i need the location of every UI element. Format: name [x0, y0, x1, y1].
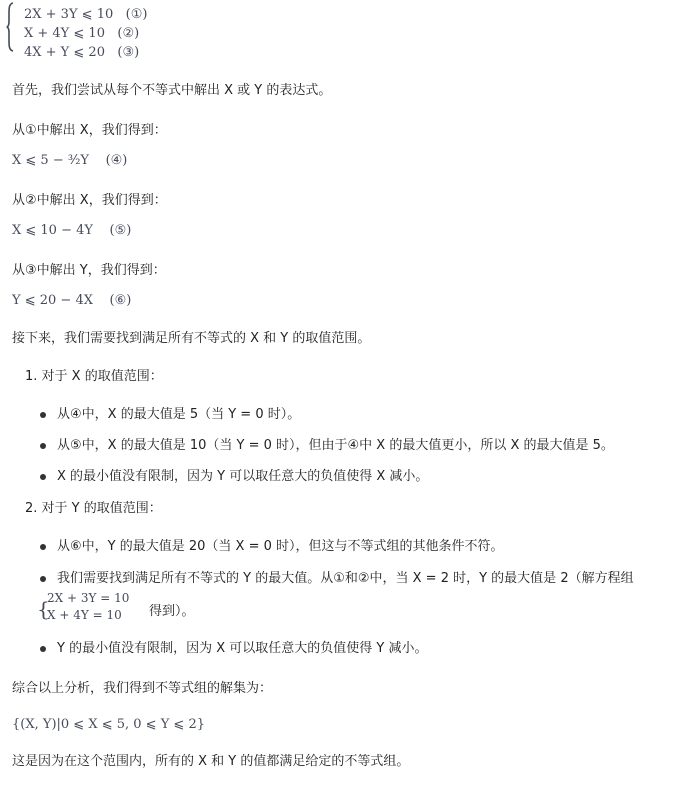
bullet-icon: [40, 576, 46, 582]
equation-suffix: 得到）。: [149, 600, 195, 619]
bullet-icon: [40, 646, 46, 652]
step-2-result: X ⩽ 10 − 4Y (⑤): [12, 222, 131, 240]
inequality-2: X + 4Y ⩽ 10 (②): [24, 25, 139, 43]
left-brace-icon: [6, 2, 14, 52]
section-1-bullet-2: 从⑤中，X 的最大值是 10（当 Y = 0 时），但由于④中 X 的最大值更小…: [57, 437, 614, 455]
inequality-3: 4X + Y ⩽ 20 (③): [24, 44, 139, 62]
step-3-text: 从③中解出 Y，我们得到：: [12, 262, 166, 280]
bullet-icon: [40, 474, 46, 480]
section-1-bullet-3: X 的最小值没有限制，因为 Y 可以取任意大的负值使得 X 减小。: [57, 468, 428, 486]
section-2-bullet-3: Y 的最小值没有限制，因为 X 可以取任意大的负值使得 Y 减小。: [57, 640, 427, 658]
section-1-bullet-1: 从④中，X 的最大值是 5（当 Y = 0 时）。: [57, 406, 300, 424]
bullet-icon: [40, 412, 46, 418]
step-1-result: X ⩽ 5 − ³⁄₂Y (④): [12, 152, 127, 170]
bullet-icon: [40, 544, 46, 550]
inequality-1: 2X + 3Y ⩽ 10 (①): [24, 6, 147, 24]
step-1-text: 从①中解出 X，我们得到：: [12, 122, 167, 140]
summary-text: 综合以上分析，我们得到不等式组的解集为：: [12, 680, 272, 698]
step-2-text: 从②中解出 X，我们得到：: [12, 192, 167, 210]
bullet-icon: [40, 443, 46, 449]
step-3-result: Y ⩽ 20 − 4X (⑥): [12, 292, 131, 310]
section-1-heading: 1. 对于 X 的取值范围：: [25, 368, 163, 386]
solution-set: {(X, Y)|0 ⩽ X ⩽ 5, 0 ⩽ Y ⩽ 2}: [12, 716, 205, 734]
section-2-heading: 2. 对于 Y 的取值范围：: [25, 500, 162, 518]
section-2-bullet-2: 我们需要找到满足所有不等式的 Y 的最大值。从①和②中，当 X = 2 时，Y …: [57, 570, 634, 588]
next-text: 接下来，我们需要找到满足所有不等式的 X 和 Y 的取值范围。: [12, 330, 370, 348]
conclusion-text: 这是因为在这个范围内，所有的 X 和 Y 的值都满足给定的不等式组。: [12, 753, 409, 771]
intro-text: 首先，我们尝试从每个不等式中解出 X 或 Y 的表达式。: [12, 82, 331, 100]
section-2-bullet-1: 从⑥中，Y 的最大值是 20（当 X = 0 时），但这与不等式组的其他条件不符…: [57, 538, 504, 556]
